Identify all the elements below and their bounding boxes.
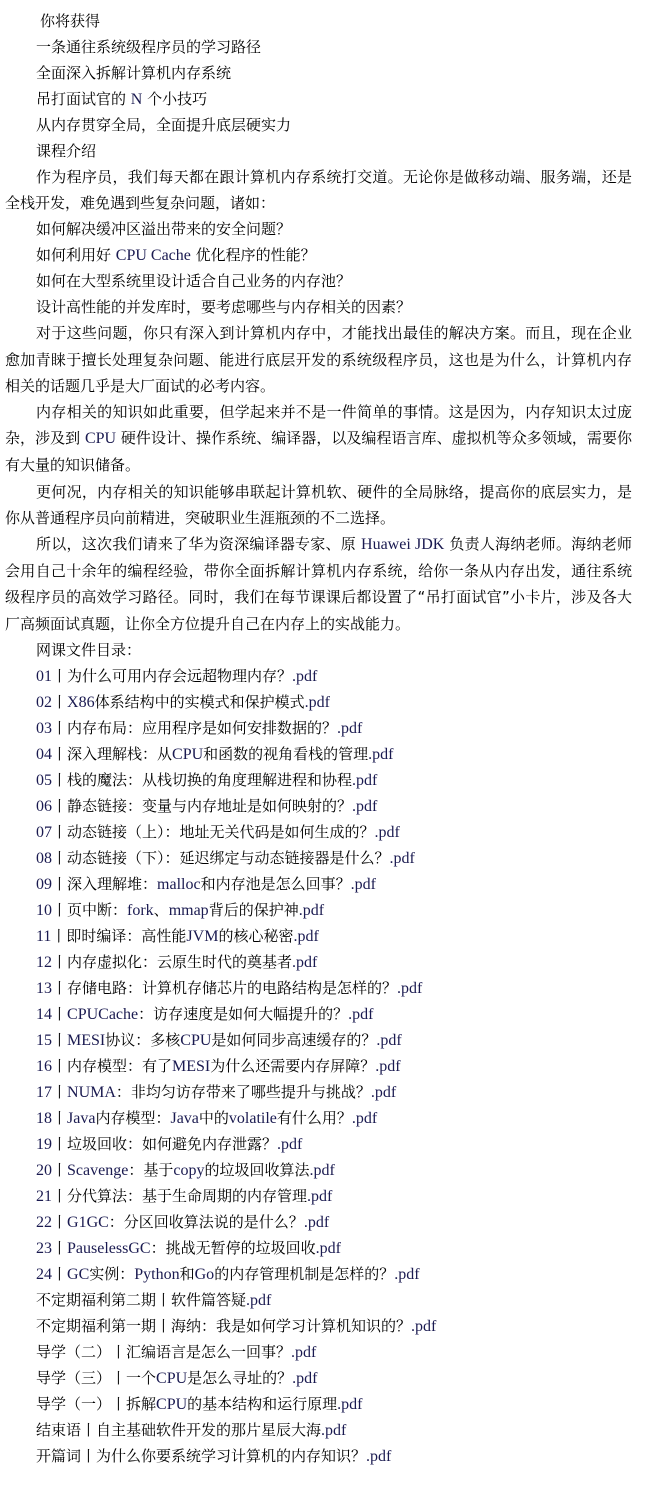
latin-text-run: CPU — [180, 1032, 211, 1049]
question-item: 如何利用好 CPU Cache 优化程序的性能？ — [5, 242, 632, 268]
file-item: 16丨内存模型：有了MESI为什么还需要内存屏障？.pdf — [5, 1053, 632, 1079]
latin-text-run: mmap — [169, 902, 209, 919]
latin-text-run: .pdf — [307, 1188, 332, 1205]
file-item: 18丨Java内存模型：Java中的volatile有什么用？.pdf — [5, 1105, 632, 1131]
toc-heading: 网课文件目录： — [5, 637, 632, 663]
latin-text-run: NUMA — [67, 1084, 116, 1101]
latin-text-run: 11 — [36, 928, 51, 945]
question-item: 如何解决缓冲区溢出带来的安全问题？ — [5, 216, 632, 242]
latin-text-run: .pdf — [305, 694, 330, 711]
file-item: 09丨深入理解堆：malloc和内存池是怎么回事？.pdf — [5, 871, 632, 897]
document-body: 你将获得 一条通往系统级程序员的学习路径 全面深入拆解计算机内存系统 吊打面试官… — [5, 8, 632, 1469]
file-item: 10丨页中断：fork、mmap背后的保护神.pdf — [5, 897, 632, 923]
latin-text-run: Scavenge — [67, 1162, 128, 1179]
latin-text-run: 08 — [36, 850, 52, 867]
latin-text-run: 16 — [36, 1058, 52, 1075]
file-item: 23丨PauselessGC：挑战无暂停的垃圾回收.pdf — [5, 1235, 632, 1261]
latin-text-run: .pdf — [292, 1370, 317, 1387]
file-item: 04丨深入理解栈：从CPU和函数的视角看栈的管理.pdf — [5, 741, 632, 767]
file-item: 22丨G1GC：分区回收算法说的是什么？.pdf — [5, 1209, 632, 1235]
latin-text-run: .pdf — [292, 668, 317, 685]
latin-text-run: N — [131, 91, 143, 108]
latin-text-run: .pdf — [337, 1396, 362, 1413]
latin-text-run: .pdf — [394, 1266, 419, 1283]
latin-text-run: Go — [195, 1266, 215, 1283]
file-item: 不定期福利第二期丨软件篇答疑.pdf — [5, 1287, 632, 1313]
latin-text-run: volatile — [229, 1110, 277, 1127]
latin-text-run: Huawei JDK — [361, 536, 444, 553]
file-list: 网课文件目录： 01丨为什么可用内存会远超物理内存？.pdf 02丨X86体系结… — [5, 637, 632, 1469]
latin-text-run: CPU — [172, 746, 203, 763]
file-item: 11丨即时编译：高性能JVM的核心秘密.pdf — [5, 923, 632, 949]
file-item: 15丨MESI协议：多核CPU是如何同步高速缓存的？.pdf — [5, 1027, 632, 1053]
latin-text-run: Python — [134, 1266, 179, 1283]
latin-text-run: Java — [67, 1110, 95, 1127]
latin-text-run: 22 — [36, 1214, 52, 1231]
latin-text-run: .pdf — [390, 850, 415, 867]
latin-text-run: CPU — [85, 430, 116, 447]
gain-item: 全面深入拆解计算机内存系统 — [5, 60, 632, 86]
file-item: 12丨内存虚拟化：云原生时代的奠基者.pdf — [5, 949, 632, 975]
file-item: 14丨CPUCache：访存速度是如何大幅提升的？.pdf — [5, 1001, 632, 1027]
latin-text-run: Java — [170, 1110, 198, 1127]
latin-text-run: .pdf — [352, 772, 377, 789]
latin-text-run: G1GC — [67, 1214, 109, 1231]
latin-text-run: 24 — [36, 1266, 52, 1283]
intro-paragraph: 作为程序员，我们每天都在跟计算机内存系统打交道。无论你是做移动端、服务端，还是全… — [5, 164, 632, 216]
latin-text-run: 01 — [36, 668, 52, 685]
file-item: 08丨动态链接（下）：延迟绑定与动态链接器是什么？.pdf — [5, 845, 632, 871]
latin-text-run: CPU Cache — [116, 247, 191, 264]
latin-text-run: .pdf — [376, 1032, 401, 1049]
latin-text-run: .pdf — [299, 902, 324, 919]
latin-text-run: CPU — [156, 1370, 187, 1387]
intro-paragraph: 对于这些问题，你只有深入到计算机内存中，才能找出最佳的解决方案。而且，现在企业愈… — [5, 320, 632, 399]
latin-text-run: .pdf — [411, 1318, 436, 1335]
latin-text-run: .pdf — [352, 798, 377, 815]
gains-heading: 你将获得 — [5, 8, 632, 34]
latin-text-run: JVM — [186, 928, 218, 945]
latin-text-run: .pdf — [375, 1058, 400, 1075]
latin-text-run: 18 — [36, 1110, 52, 1127]
latin-text-run: .pdf — [368, 746, 393, 763]
file-item: 24丨GC实例：Python和Go的内存管理机制是怎样的？.pdf — [5, 1261, 632, 1287]
latin-text-run: 17 — [36, 1084, 52, 1101]
gain-item: 从内存贯穿全局，全面提升底层硬实力 — [5, 112, 632, 138]
file-item: 05丨栈的魔法：从栈切换的角度理解进程和协程.pdf — [5, 767, 632, 793]
latin-text-run: .pdf — [397, 980, 422, 997]
file-item: 开篇词丨为什么你要系统学习计算机的内存知识？.pdf — [5, 1443, 632, 1469]
latin-text-run: 20 — [36, 1162, 52, 1179]
file-item: 导学（一）丨拆解CPU的基本结构和运行原理.pdf — [5, 1391, 632, 1417]
file-item: 01丨为什么可用内存会远超物理内存？.pdf — [5, 663, 632, 689]
file-item: 结束语丨自主基础软件开发的那片星辰大海.pdf — [5, 1417, 632, 1443]
latin-text-run: 09 — [36, 876, 52, 893]
intro-paragraph: 更何况，内存相关的知识能够串联起计算机软、硬件的全局脉络，提高你的底层实力，是你… — [5, 479, 632, 531]
latin-text-run: 07 — [36, 824, 52, 841]
intro-paragraph: 所以，这次我们请来了华为资深编译器专家、原 Huawei JDK 负责人海纳老师… — [5, 531, 632, 637]
latin-text-run: .pdf — [321, 1422, 346, 1439]
latin-text-run: CPUCache — [67, 1006, 138, 1023]
latin-text-run: 04 — [36, 746, 52, 763]
file-item: 02丨X86体系结构中的实模式和保护模式.pdf — [5, 689, 632, 715]
latin-text-run: .pdf — [366, 1448, 391, 1465]
gain-item: 一条通往系统级程序员的学习路径 — [5, 34, 632, 60]
latin-text-run: .pdf — [304, 1214, 329, 1231]
latin-text-run: MESI — [67, 1032, 105, 1049]
question-item: 设计高性能的并发库时，要考虑哪些与内存相关的因素？ — [5, 294, 632, 320]
latin-text-run: .pdf — [337, 720, 362, 737]
latin-text-run: 05 — [36, 772, 52, 789]
latin-text-run: 06 — [36, 798, 52, 815]
latin-text-run: .pdf — [348, 1006, 373, 1023]
file-item: 06丨静态链接：变量与内存地址是如何映射的？.pdf — [5, 793, 632, 819]
latin-text-run: X86 — [67, 694, 95, 711]
file-item: 17丨NUMA：非均匀访存带来了哪些提升与挑战？.pdf — [5, 1079, 632, 1105]
latin-text-run: GC — [67, 1266, 89, 1283]
gain-item: 吊打面试官的 N 个小技巧 — [5, 86, 632, 112]
latin-text-run: .pdf — [371, 1084, 396, 1101]
latin-text-run: 15 — [36, 1032, 52, 1049]
latin-text-run: copy — [173, 1162, 204, 1179]
latin-text-run: 10 — [36, 902, 52, 919]
latin-text-run: 19 — [36, 1136, 52, 1153]
latin-text-run: 03 — [36, 720, 52, 737]
latin-text-run: .pdf — [375, 824, 400, 841]
file-item: 19丨垃圾回收：如何避免内存泄露？.pdf — [5, 1131, 632, 1157]
file-item: 20丨Scavenge：基于copy的垃圾回收算法.pdf — [5, 1157, 632, 1183]
latin-text-run: fork — [127, 902, 154, 919]
file-item: 不定期福利第一期丨海纳：我是如何学习计算机知识的？.pdf — [5, 1313, 632, 1339]
latin-text-run: 14 — [36, 1006, 52, 1023]
latin-text-run: .pdf — [292, 954, 317, 971]
intro-heading: 课程介绍 — [5, 138, 632, 164]
latin-text-run: .pdf — [277, 1136, 302, 1153]
file-item: 07丨动态链接（上）：地址无关代码是如何生成的？.pdf — [5, 819, 632, 845]
latin-text-run: MESI — [172, 1058, 210, 1075]
latin-text-run: .pdf — [316, 1240, 341, 1257]
latin-text-run: .pdf — [246, 1292, 271, 1309]
latin-text-run: .pdf — [293, 928, 318, 945]
latin-text-run: .pdf — [309, 1162, 334, 1179]
file-item: 21丨分代算法：基于生命周期的内存管理.pdf — [5, 1183, 632, 1209]
file-item: 导学（三）丨一个CPU是怎么寻址的？.pdf — [5, 1365, 632, 1391]
latin-text-run: 23 — [36, 1240, 52, 1257]
latin-text-run: PauselessGC — [67, 1240, 151, 1257]
file-item: 03丨内存布局：应用程序是如何安排数据的？.pdf — [5, 715, 632, 741]
latin-text-run: 02 — [36, 694, 52, 711]
latin-text-run: CPU — [156, 1396, 187, 1413]
latin-text-run: .pdf — [291, 1344, 316, 1361]
latin-text-run: .pdf — [352, 1110, 377, 1127]
latin-text-run: 12 — [36, 954, 52, 971]
latin-text-run: .pdf — [351, 876, 376, 893]
latin-text-run: malloc — [157, 876, 201, 893]
latin-text-run: 13 — [36, 980, 52, 997]
latin-text-run: 21 — [36, 1188, 52, 1205]
file-item: 13丨存储电路：计算机存储芯片的电路结构是怎样的？.pdf — [5, 975, 632, 1001]
question-item: 如何在大型系统里设计适合自己业务的内存池？ — [5, 268, 632, 294]
intro-paragraph: 内存相关的知识如此重要，但学起来并不是一件简单的事情。这是因为，内存知识太过庞杂… — [5, 399, 632, 479]
file-item: 导学（二）丨汇编语言是怎么一回事？.pdf — [5, 1339, 632, 1365]
